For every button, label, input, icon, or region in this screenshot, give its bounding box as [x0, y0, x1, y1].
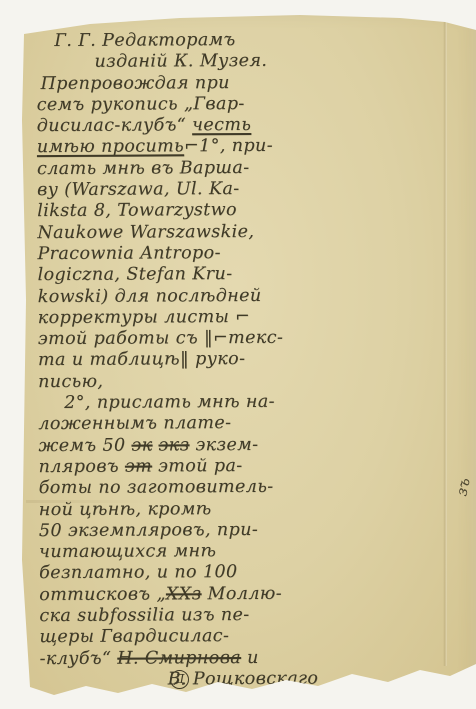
handwriting-line: -клубъ“ Н. Смирнова и	[40, 647, 452, 670]
margin-annotation: зъ	[452, 476, 473, 498]
handwriting-line: 50 экземпляровъ, при-	[39, 519, 451, 542]
text-segment: писью,	[38, 371, 103, 391]
handwriting-line: та и таблицѣ‖ руко-	[38, 348, 450, 371]
handwriting-line: пляровъ эт этой ра-	[39, 455, 451, 478]
handwriting-line: дисилас-клубъ“ честь	[37, 114, 449, 137]
text-segment: оттисковъ „	[39, 584, 166, 605]
handwriting-line: читающихся мнѣ	[39, 540, 451, 563]
text-segment: В. Рощковскаго	[168, 669, 319, 690]
text-segment: экзем-	[189, 435, 258, 455]
circled-letter-mark: Д	[170, 670, 189, 689]
handwriting-line: этой работы съ ‖⌐текс-	[38, 327, 450, 350]
text-segment: Моллю-	[202, 584, 283, 604]
handwriting-line: Naukowe Warszawskie,	[37, 221, 449, 244]
underlined-text: имѣю просить	[37, 137, 184, 158]
handwriting-line: ву (Warszawa, Ul. Ka-	[37, 178, 449, 201]
text-segment: слать мнѣ въ Варша-	[37, 158, 250, 179]
text-segment: читающихся мнѣ	[39, 541, 216, 562]
text-segment: Pracownia Antropo-	[37, 243, 221, 264]
handwriting-line: изданій К. Музея.	[36, 50, 448, 73]
handwriting-line: щеры Гвардисилас-	[39, 625, 451, 648]
text-segment: liksta 8, Towarzystwo	[37, 200, 237, 221]
text-segment: logiczna, Stefan Kru-	[38, 264, 233, 285]
text-segment: безплатно, и по 100	[39, 562, 238, 583]
text-segment: Naukowe Warszawskie,	[37, 222, 254, 243]
crossed-out-text: эк	[131, 435, 152, 455]
handwriting-line: logiczna, Stefan Kru-	[38, 263, 450, 286]
text-segment: семъ рукопись „Гвар-	[37, 94, 245, 115]
crossed-out-text: эт	[125, 456, 152, 476]
letter-body: Г. Г. Редакторамъизданій К. Музея.Препро…	[36, 29, 451, 691]
handwriting-line: ложеннымъ плате-	[38, 412, 450, 435]
handwriting-line: оттисковъ „ХХз Моллю-	[39, 583, 451, 606]
handwriting-line: 2°, прислать мнѣ на-	[38, 391, 450, 414]
handwriting-line: ной цѣнѣ, кромѣ	[39, 497, 451, 520]
crossed-out-text: экз	[158, 435, 189, 455]
handwriting-line: имѣю просить⌐1°, при-	[37, 135, 449, 158]
text-segment: дисилас-клубъ“	[37, 115, 192, 136]
text-segment: щеры Гвардисилас-	[39, 626, 229, 647]
text-segment: этой ра-	[152, 456, 243, 476]
handwriting-line: семъ рукопись „Гвар-	[37, 93, 449, 116]
handwriting-line: ска subfossilia изъ пе-	[39, 604, 451, 627]
handwriting-line: В. Рощковскаго	[40, 668, 452, 691]
handwriting-line: жемъ 50 эк экз экзем-	[38, 434, 450, 457]
text-segment: пляровъ	[39, 457, 125, 477]
handwriting-line: Препровождая при	[36, 72, 448, 95]
text-segment: kowski) для послѣдней	[38, 285, 262, 306]
text-segment: этой работы съ ‖⌐текс-	[38, 328, 283, 349]
paper-sheet: Г. Г. Редакторамъизданій К. Музея.Препро…	[0, 0, 476, 709]
text-segment: ска subfossilia изъ пе-	[39, 605, 249, 626]
underlined-text: честь	[192, 115, 251, 135]
text-segment: 50 экземпляровъ, при-	[39, 520, 258, 541]
text-segment: та и таблицѣ‖ руко-	[38, 349, 245, 370]
handwriting-line: безплатно, и по 100	[39, 561, 451, 584]
corner-fold-crease	[30, 0, 136, 23]
text-segment: ⌐1°, при-	[184, 136, 273, 156]
text-segment: боты по заготовитель-	[39, 477, 274, 498]
text-segment: изданій К. Музея.	[94, 51, 267, 72]
text-segment: жемъ 50	[38, 435, 131, 455]
text-segment: Препровождая при	[40, 73, 229, 94]
text-segment: 2°, прислать мнѣ на-	[64, 392, 275, 413]
handwriting-line: корректуры листы ⌐	[38, 306, 450, 329]
text-segment: -клубъ“	[40, 648, 118, 668]
text-segment: ной цѣнѣ, кромѣ	[39, 499, 212, 520]
scanned-letter: Г. Г. Редакторамъизданій К. Музея.Препро…	[0, 0, 476, 709]
text-segment: и	[241, 648, 259, 668]
handwriting-line: liksta 8, Towarzystwo	[37, 199, 449, 222]
handwriting-line: Pracownia Antropo-	[37, 242, 449, 265]
handwriting-line: kowski) для послѣдней	[38, 284, 450, 307]
text-segment: корректуры листы ⌐	[38, 307, 251, 328]
text-segment: ложеннымъ плате-	[38, 413, 231, 434]
crossed-out-text: Н. Смирнова	[117, 648, 241, 669]
text-segment: ву (Warszawa, Ul. Ka-	[37, 179, 240, 200]
crossed-out-text: ХХз	[166, 584, 202, 604]
handwriting-line: слать мнѣ въ Варша-	[37, 157, 449, 180]
handwriting-line: писью,	[38, 370, 450, 393]
handwriting-line: Г. Г. Редакторамъ	[36, 29, 448, 52]
handwriting-line: боты по заготовитель-	[39, 476, 451, 499]
text-segment: Г. Г. Редакторамъ	[54, 30, 235, 51]
